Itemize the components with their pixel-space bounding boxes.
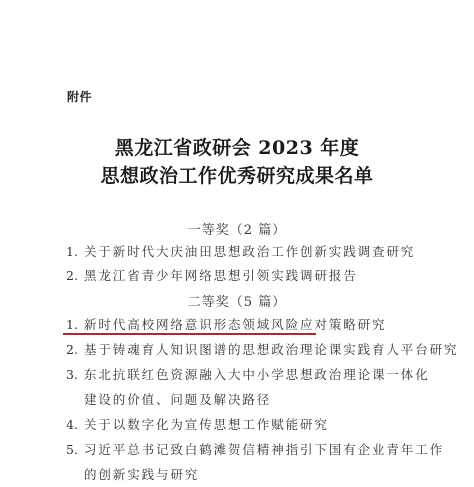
list-item: 2.基于铸魂育人知识图谱的思想政治理论课实践育人平台研究 — [66, 340, 458, 358]
item-number: 1. — [66, 244, 84, 259]
item-text: 习近平总书记致白鹤滩贺信精神指引下国有企业青年工作 — [84, 442, 444, 457]
item-number: 2. — [66, 268, 84, 283]
list-item: 1.关于新时代大庆油田思想政治工作创新实践调查研究 — [66, 242, 415, 260]
item-number: 1. — [66, 317, 84, 332]
item-text: 基于铸魂育人知识图谱的思想政治理论课实践育人平台研究 — [84, 342, 458, 357]
section-heading-second-prize: 二等奖（5 篇） — [0, 291, 474, 310]
item-text: 黑龙江省青少年网络思想引领实践调研报告 — [84, 268, 358, 283]
item-text: 新时代高校网络意识形态领域风险应对策略研究 — [84, 317, 386, 332]
list-item-continuation: 的创新实践与研究 — [84, 465, 199, 483]
document-title-line1: 黑龙江省政研会 2023 年度 — [0, 133, 474, 160]
list-item: 3.东北抗联红色资源融入大中小学思想政治理论课一体化 — [66, 365, 430, 383]
section-heading-first-prize: 一等奖（2 篇） — [0, 219, 474, 238]
list-item: 5.习近平总书记致白鹤滩贺信精神指引下国有企业青年工作 — [66, 440, 444, 458]
document-title-line2: 思想政治工作优秀研究成果名单 — [0, 161, 474, 188]
attachment-label: 附件 — [67, 88, 92, 105]
list-item: 2.黑龙江省青少年网络思想引领实践调研报告 — [66, 266, 358, 284]
list-item: 4.关于以数字化为宣传思想工作赋能研究 — [66, 415, 329, 433]
item-text: 关于以数字化为宣传思想工作赋能研究 — [84, 417, 329, 432]
red-underline-highlight — [63, 333, 316, 335]
item-text: 关于新时代大庆油田思想政治工作创新实践调查研究 — [84, 244, 415, 259]
list-item-highlighted: 1.新时代高校网络意识形态领域风险应对策略研究 — [66, 315, 386, 333]
item-number: 4. — [66, 417, 84, 432]
item-text: 东北抗联红色资源融入大中小学思想政治理论课一体化 — [84, 367, 430, 382]
list-item-continuation: 建设的价值、问题及解决路径 — [84, 390, 271, 408]
item-number: 3. — [66, 367, 84, 382]
item-number: 2. — [66, 342, 84, 357]
item-number: 5. — [66, 442, 84, 457]
